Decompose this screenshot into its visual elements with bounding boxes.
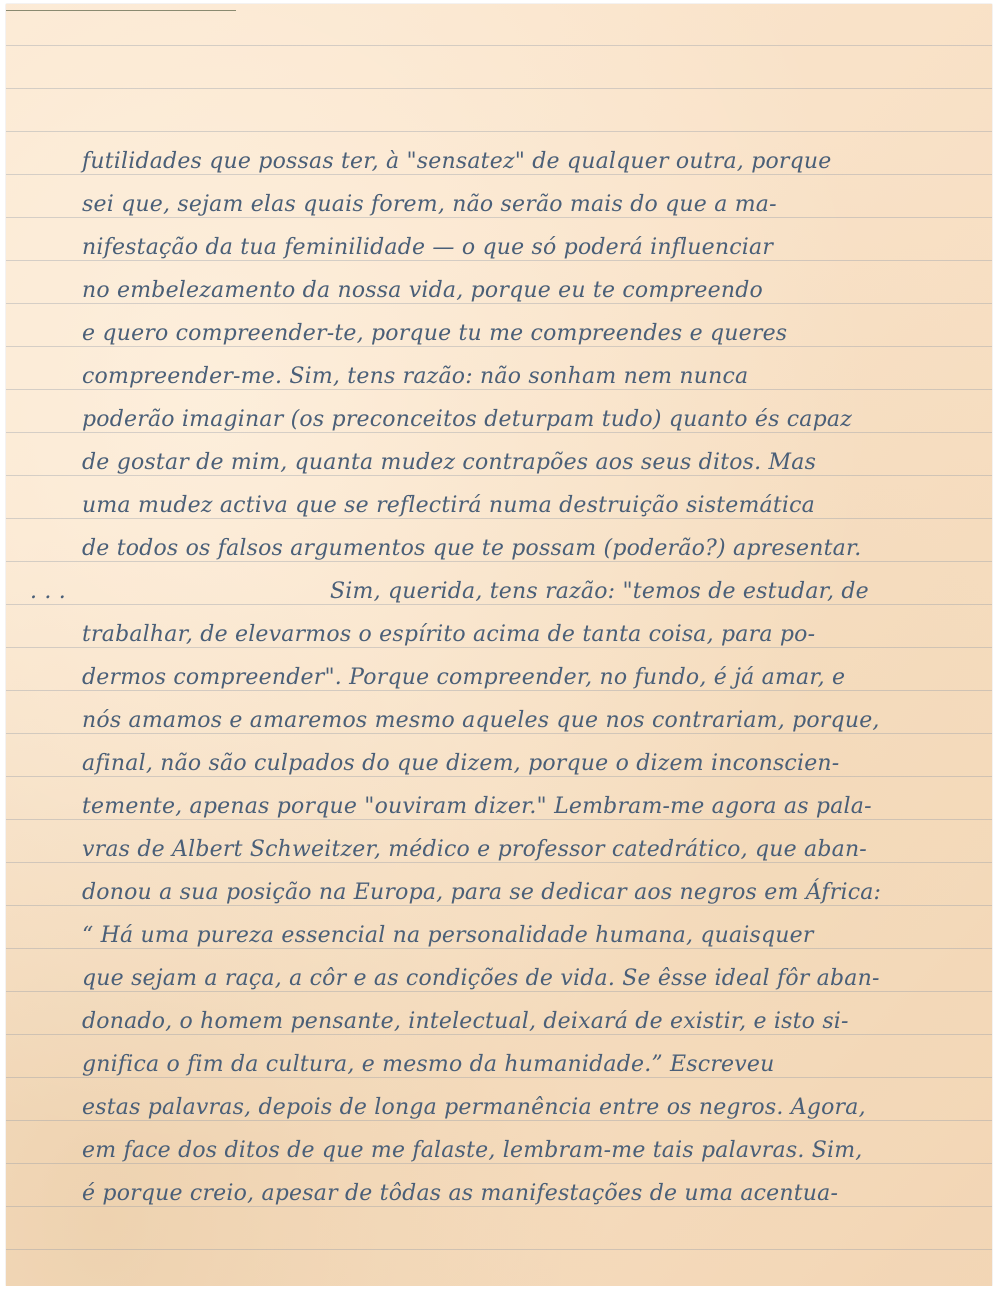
text-line-13: dermos compreender". Porque compreender,… xyxy=(0,656,1000,699)
paragraph-start: Sim, querida, tens razão: "temos de estu… xyxy=(330,579,869,604)
text-line-6: compreender-me. Sim, tens razão: não son… xyxy=(0,355,1000,398)
text-line-12: trabalhar, de elevarmos o espírito acima… xyxy=(0,613,1000,656)
text-line-15: afinal, não são culpados do que dizem, p… xyxy=(0,742,1000,785)
text-line-24: em face dos ditos de que me falaste, lem… xyxy=(0,1129,1000,1172)
text-line-14: nós amamos e amaremos mesmo aqueles que … xyxy=(0,699,1000,742)
handwritten-text-body: futilidades que possas ter, à "sensatez"… xyxy=(0,140,1000,1215)
text-line-10: de todos os falsos argumentos que te pos… xyxy=(0,527,1000,570)
text-line-19: “ Há uma pureza essencial na personalida… xyxy=(0,914,1000,957)
scan-background-strip xyxy=(0,1286,1000,1300)
text-line-1: futilidades que possas ter, à "sensatez"… xyxy=(0,140,1000,183)
text-line-16: temente, apenas porque "ouviram dizer." … xyxy=(0,785,1000,828)
text-line-11: . . .Sim, querida, tens razão: "temos de… xyxy=(0,570,1000,613)
text-line-20: que sejam a raça, a côr e as condições d… xyxy=(0,957,1000,1000)
text-line-9: uma mudez activa que se reflectirá numa … xyxy=(0,484,1000,527)
margin-mark: . . . xyxy=(30,570,330,613)
text-line-21: donado, o homem pensante, intelectual, d… xyxy=(0,1000,1000,1043)
text-line-7: poderão imaginar (os preconceitos deturp… xyxy=(0,398,1000,441)
text-line-2: sei que, sejam elas quais forem, não ser… xyxy=(0,183,1000,226)
torn-top-edge xyxy=(6,4,236,11)
text-line-23: estas palavras, depois de longa permanên… xyxy=(0,1086,1000,1129)
text-line-25: é porque creio, apesar de tôdas as manif… xyxy=(0,1172,1000,1215)
text-line-22: gnifica o fim da cultura, e mesmo da hum… xyxy=(0,1043,1000,1086)
text-line-5: e quero compreender-te, porque tu me com… xyxy=(0,312,1000,355)
text-line-8: de gostar de mim, quanta mudez contrapõe… xyxy=(0,441,1000,484)
text-line-17: vras de Albert Schweitzer, médico e prof… xyxy=(0,828,1000,871)
text-line-4: no embelezamento da nossa vida, porque e… xyxy=(0,269,1000,312)
text-line-18: donou a sua posição na Europa, para se d… xyxy=(0,871,1000,914)
text-line-3: nifestação da tua feminilidade — o que s… xyxy=(0,226,1000,269)
